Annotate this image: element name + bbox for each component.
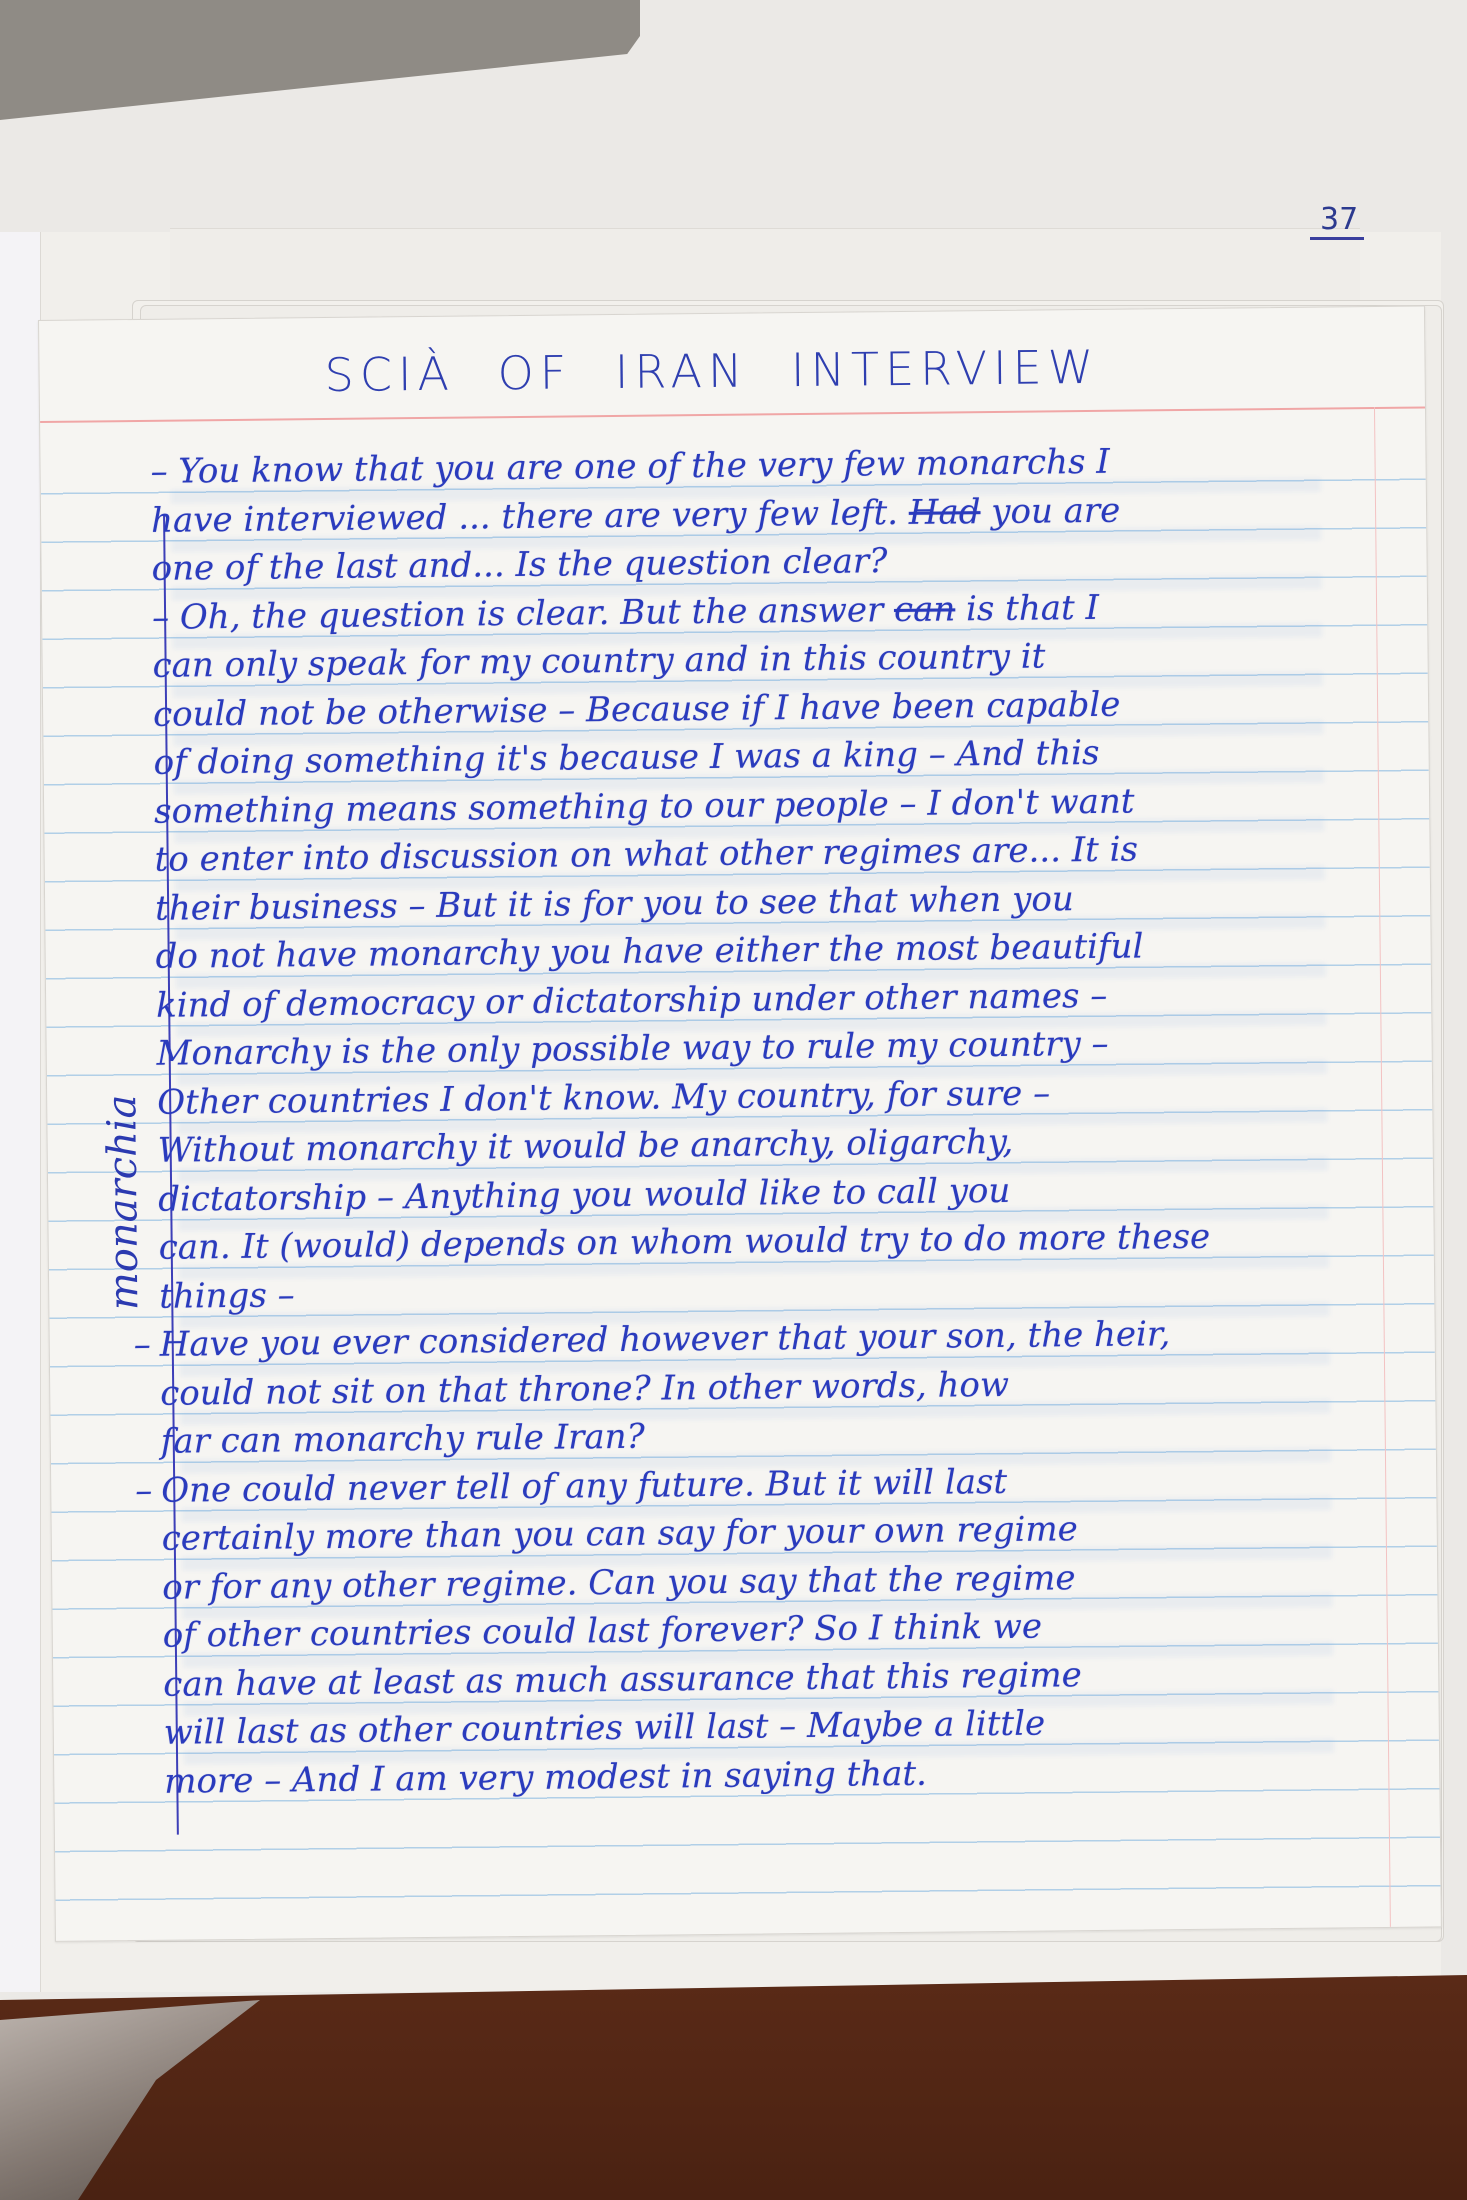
line-text: one of the last and... Is the question c…	[131, 537, 887, 593]
page-title: SCIÀ OF IRAN INTERVIEW	[324, 340, 1099, 402]
speaker-dash: –	[133, 1321, 151, 1370]
struck-word: can	[894, 589, 956, 630]
header-rule	[40, 406, 1425, 423]
line-text: things –	[139, 1271, 295, 1321]
page-number: 37	[1310, 205, 1364, 240]
notebook-page: SCIÀ OF IRAN INTERVIEW monarchia – You k…	[38, 305, 1442, 1941]
line-text: more – And I am very modest in saying th…	[144, 1749, 927, 1806]
folder-tab	[170, 228, 1360, 309]
line-text: far can monarchy rule Iran?	[141, 1413, 646, 1467]
handwritten-text: – You know that you are one of the very …	[130, 435, 1384, 1806]
struck-word: Had	[909, 492, 981, 533]
speaker-dash: –	[135, 1466, 153, 1515]
